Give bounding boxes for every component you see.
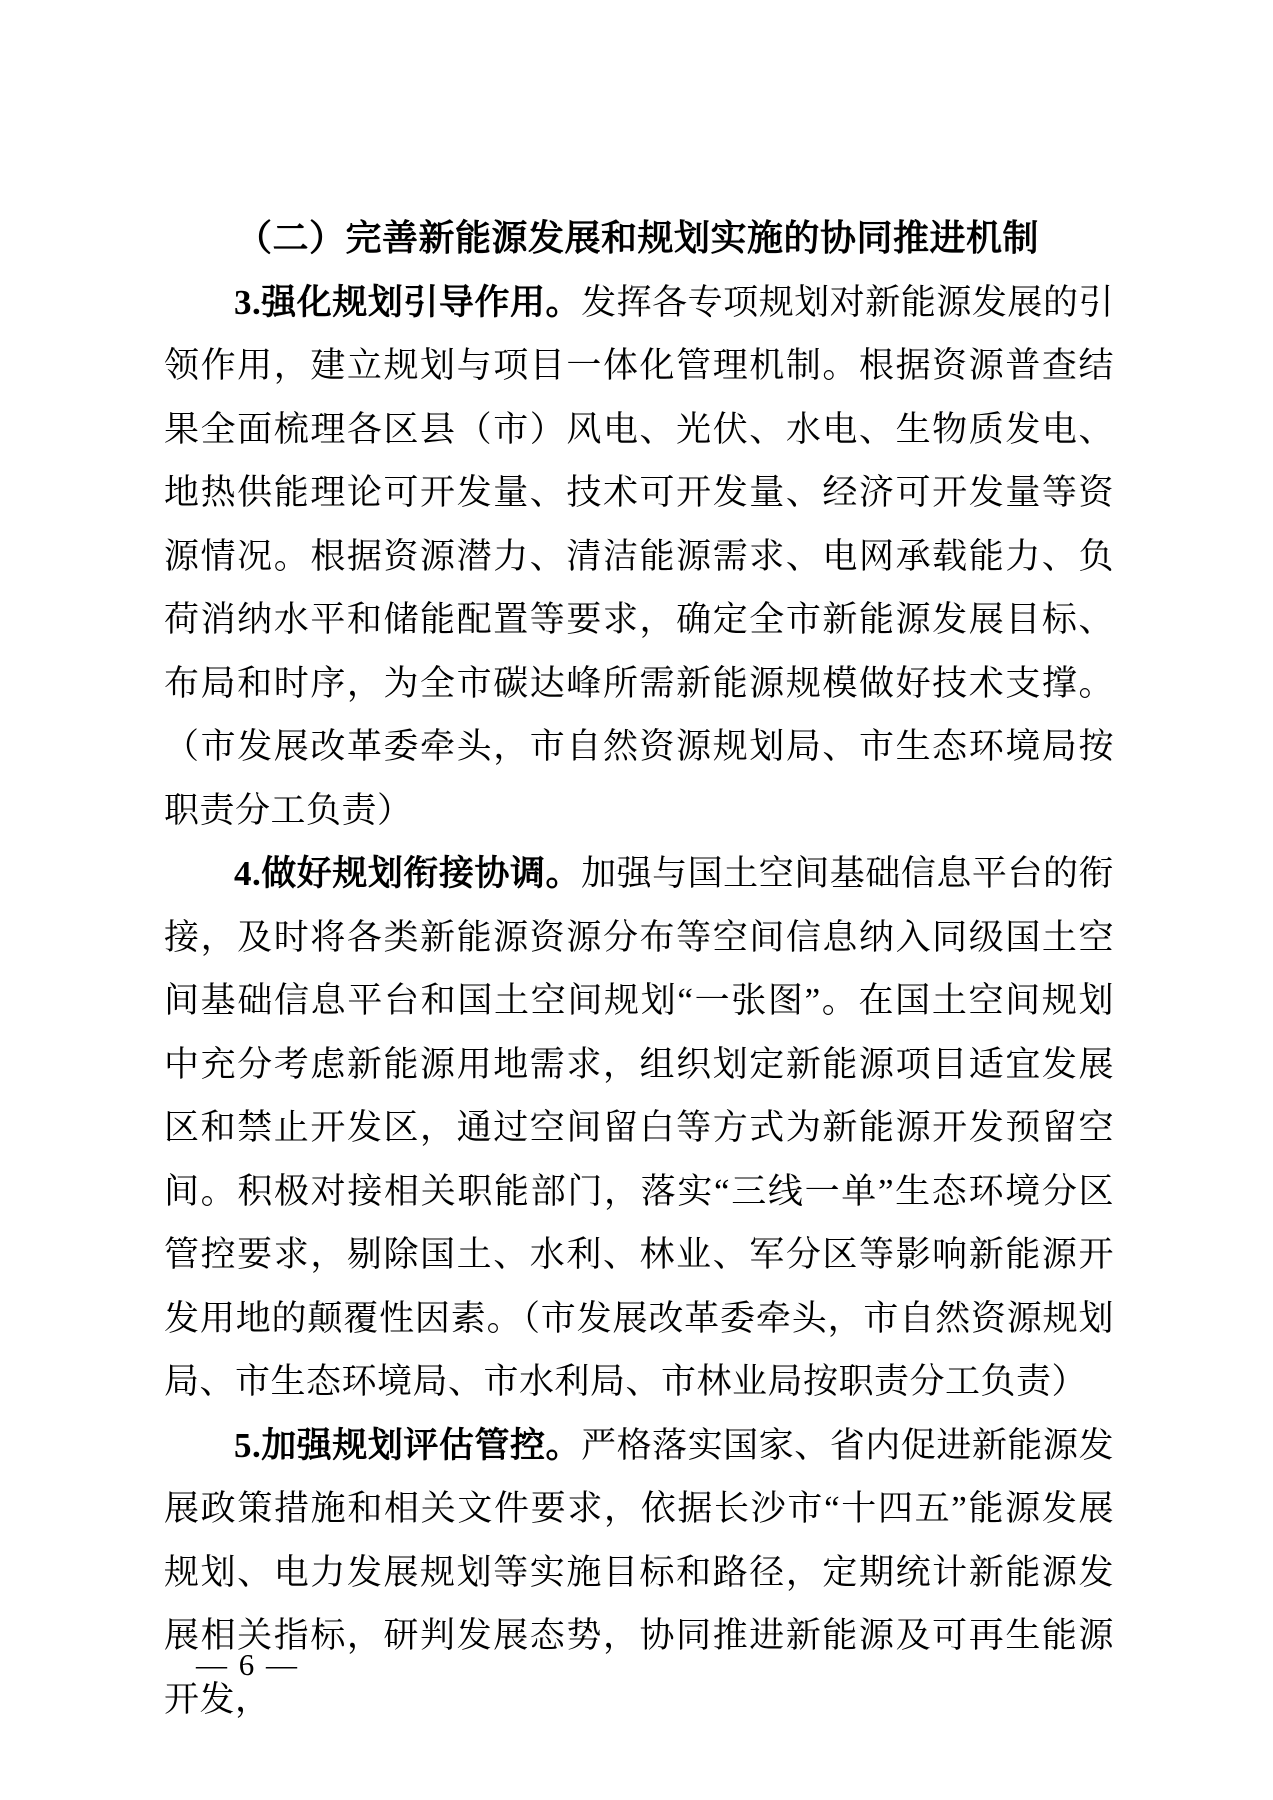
paragraph-body: 严格落实国家、省内促进新能源发展政策措施和相关文件要求，依据长沙市“十四五”能源… xyxy=(164,1426,1114,1719)
section-heading: （二）完善新能源发展和规划实施的协同推进机制 xyxy=(164,207,1114,271)
page-number: — 6 — xyxy=(196,1645,299,1685)
paragraph-lead: 3.强化规划引导作用。 xyxy=(234,283,581,322)
paragraph: 4.做好规划衔接协调。加强与国土空间基础信息平台的衔接，及时将各类新能源资源分布… xyxy=(164,842,1114,1414)
document-page: （二）完善新能源发展和规划实施的协同推进机制 3.强化规划引导作用。发挥各专项规… xyxy=(0,0,1273,1800)
paragraph-body: 发挥各专项规划对新能源发展的引领作用，建立规划与项目一体化管理机制。根据资源普查… xyxy=(164,283,1114,830)
paragraph: 5.加强规划评估管控。严格落实国家、省内促进新能源发展政策措施和相关文件要求，依… xyxy=(164,1414,1114,1732)
paragraph: 3.强化规划引导作用。发挥各专项规划对新能源发展的引领作用，建立规划与项目一体化… xyxy=(164,271,1114,843)
paragraph-lead: 4.做好规划衔接协调。 xyxy=(234,854,581,893)
paragraph-body: 加强与国土空间基础信息平台的衔接，及时将各类新能源资源分布等空间信息纳入同级国土… xyxy=(164,854,1114,1401)
paragraph-lead: 5.加强规划评估管控。 xyxy=(234,1426,581,1465)
document-body: （二）完善新能源发展和规划实施的协同推进机制 3.强化规划引导作用。发挥各专项规… xyxy=(164,207,1114,1731)
